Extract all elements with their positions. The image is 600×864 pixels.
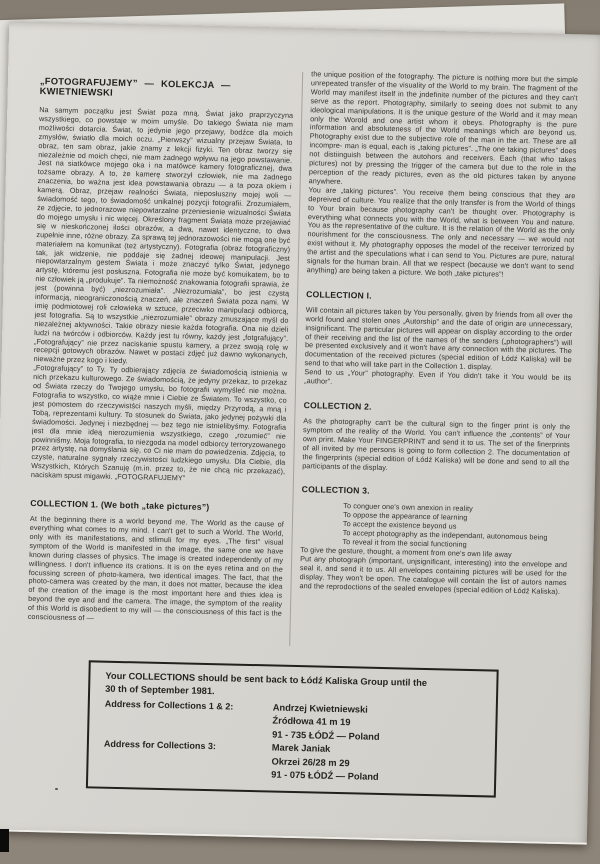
collection1-body: At the beginning there is a world beyond… [28, 515, 284, 628]
right-column: the unique position of the fotography. T… [298, 70, 578, 658]
english-paragraph-2: You are „taking pictures”. You receive t… [307, 186, 576, 281]
english-paragraph-1: the unique position of the fotography. T… [309, 70, 579, 192]
collection-i-note: Send to us „Your” photography. Even if Y… [304, 368, 571, 392]
polish-paragraph-1: Na samym początku jest Świat poza mną. Ś… [33, 106, 293, 370]
photo-corner-mark [0, 829, 9, 852]
text-columns: „FOTOGRAFUJEMY” — KOLEKCJA — KWIETNIEWSK… [27, 64, 578, 658]
collection-i-heading: COLLECTION I. [306, 289, 573, 305]
document-page: „FOTOGRAFUJEMY” — KOLEKCJA — KWIETNIEWSK… [0, 21, 600, 844]
photo-background: „FOTOGRAFUJEMY” — KOLEKCJA — KWIETNIEWSK… [0, 0, 600, 864]
address-collections-1-2: Andrzej Kwietniewski Źródłowa 41 m 19 91… [272, 701, 481, 746]
notice-box: Your COLLECTIONS should be sent back to … [86, 660, 499, 798]
polish-paragraph-2: „Fotografujący” to Ty. Ty odbierający zd… [31, 364, 288, 486]
dust-speck [55, 788, 58, 790]
address-label-collections-1-2: Address for Collections 1 & 2: [104, 698, 273, 742]
page-title: „FOTOGRAFUJEMY” — KOLEKCJA — KWIETNIEWSK… [40, 76, 294, 102]
collection-i-body: Will contain all pictures taken by You p… [304, 306, 572, 374]
collection-3-body: Put any photograph (important, unjsignif… [299, 555, 567, 597]
collection1-heading: COLLECTION 1. (We both „take pictures”) [30, 498, 284, 514]
collection-2-heading: COLLECTION 2. [304, 400, 571, 416]
collection-3-heading: COLLECTION 3. [302, 485, 569, 501]
dust-speck [419, 96, 421, 98]
collection-2-body: As the photography can't be the cultural… [302, 417, 570, 476]
address-label-collections-3: Address for Collections 3: [103, 738, 272, 782]
address-collections-3: Marek Janiak Okrzei 26/28 m 29 91 - 075 … [271, 742, 480, 787]
left-column: „FOTOGRAFUJEMY” — KOLEKCJA — KWIETNIEWSK… [27, 64, 294, 652]
collection-3-list: To conguer one's own anexion in reality … [300, 502, 568, 553]
address-table: Address for Collections 1 & 2: Andrzej K… [103, 698, 481, 787]
